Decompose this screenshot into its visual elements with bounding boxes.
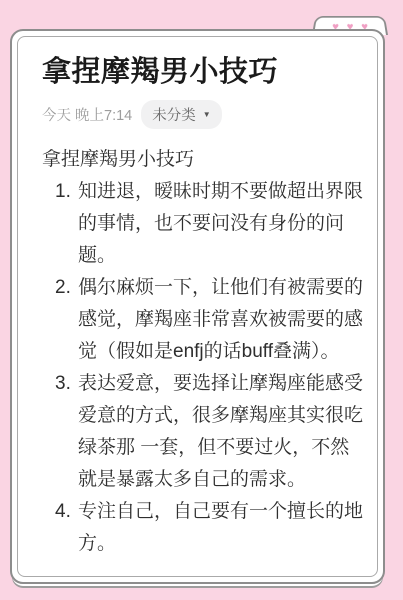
list-item: 3. 表达爱意，要选择让摩羯座能感受爱意的方式，很多摩羯座其实很吃绿茶那 一套，… bbox=[42, 368, 375, 496]
note-content: 拿捏摩羯男小技巧 今天 晚上7:14 未分类 ▼ 拿捏摩羯男小技巧 1. 知进退… bbox=[42, 53, 375, 560]
list-number: 2. bbox=[42, 272, 78, 368]
body-heading: 拿捏摩羯男小技巧 bbox=[42, 144, 375, 176]
note-title: 拿捏摩羯男小技巧 bbox=[42, 53, 375, 91]
category-label: 未分类 bbox=[152, 104, 196, 125]
note-card: 拿捏摩羯男小技巧 今天 晚上7:14 未分类 ▼ 拿捏摩羯男小技巧 1. 知进退… bbox=[10, 29, 385, 584]
note-body: 拿捏摩羯男小技巧 1. 知进退，暧昧时期不要做超出界限的事情，也不要问没有身份的… bbox=[42, 144, 375, 560]
note-share-page: { "tab": { "hearts": ["♥", "♥", "♥"], "h… bbox=[0, 0, 403, 600]
list-item-text: 偶尔麻烦一下，让他们有被需要的感觉，摩羯座非常喜欢被需要的感觉（假如是enfj的… bbox=[78, 272, 368, 368]
category-selector[interactable]: 未分类 ▼ bbox=[141, 100, 221, 129]
list-number: 3. bbox=[42, 368, 78, 496]
list-item: 4. 专注自己，自己要有一个擅长的地方。 bbox=[42, 496, 375, 560]
note-meta: 今天 晚上7:14 未分类 ▼ bbox=[42, 100, 375, 129]
list-item-text: 知进退，暧昧时期不要做超出界限的事情，也不要问没有身份的问题。 bbox=[78, 176, 368, 272]
list-item-text: 表达爱意，要选择让摩羯座能感受爱意的方式，很多摩羯座其实很吃绿茶那 一套，但不要… bbox=[78, 368, 368, 496]
tips-list: 1. 知进退，暧昧时期不要做超出界限的事情，也不要问没有身份的问题。 2. 偶尔… bbox=[42, 176, 375, 560]
list-item: 2. 偶尔麻烦一下，让他们有被需要的感觉，摩羯座非常喜欢被需要的感觉（假如是en… bbox=[42, 272, 375, 368]
note-timestamp: 今天 晚上7:14 bbox=[42, 104, 132, 125]
list-item-text: 专注自己，自己要有一个擅长的地方。 bbox=[78, 496, 368, 560]
list-number: 1. bbox=[42, 176, 78, 272]
list-number: 4. bbox=[42, 496, 78, 560]
list-item: 1. 知进退，暧昧时期不要做超出界限的事情，也不要问没有身份的问题。 bbox=[42, 176, 375, 272]
chevron-down-icon: ▼ bbox=[203, 111, 211, 119]
